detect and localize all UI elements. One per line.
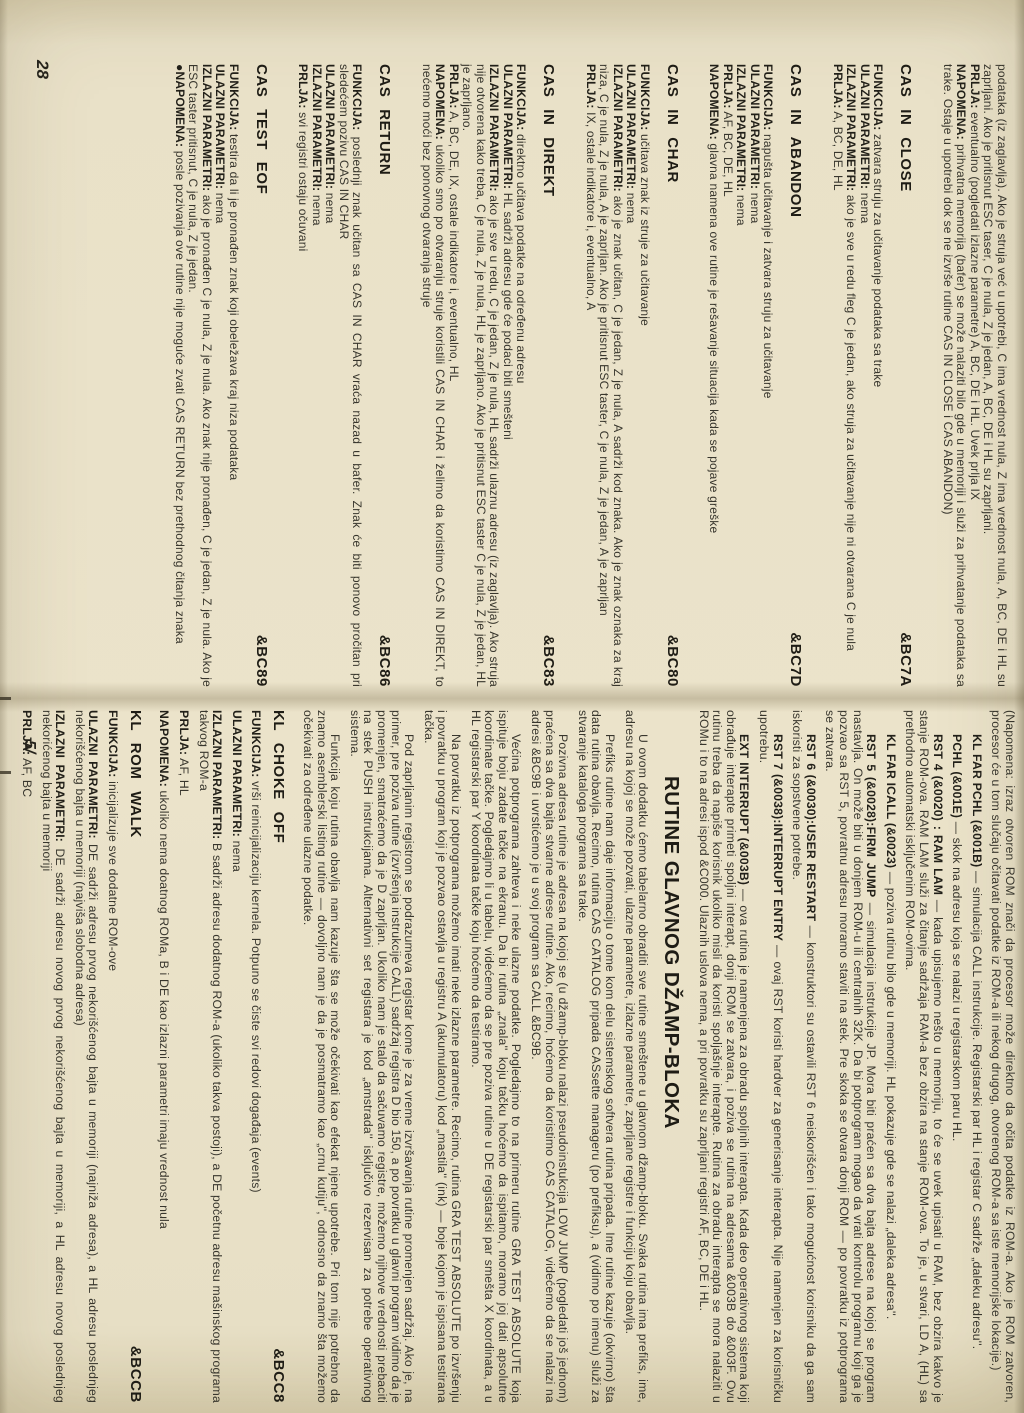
routine-entry: NAPOMENA: prihvatna memorija (bafer) se … xyxy=(941,64,968,687)
section-title: CAS RETURN xyxy=(377,64,394,175)
entry-label: IZLAZNI PARAMETRI: xyxy=(611,64,625,192)
routine-entry: IZLAZNI PARAMETRI: nema xyxy=(310,64,324,687)
routine-entry: PRLJA: A, BC, DE, IX, ostale indikatore … xyxy=(447,64,461,687)
entry-label: NAPOMENA: xyxy=(708,64,722,140)
entry-label: IZLAZNI PARAMETRI: xyxy=(200,64,214,191)
page-5-content: (Napomena: izraz otvoren ROM znači da pr… xyxy=(19,710,1016,1403)
paragraph: podataka (iz zaglavlja). Ako je struja v… xyxy=(981,64,1008,687)
routine-name: KL FAR PCHL (&001B) xyxy=(970,734,984,867)
routine-entry: PRLJA: A, BC, DE, HL xyxy=(831,64,845,687)
routine-entry: PRLJA: AF, BC, DE, HL xyxy=(721,64,735,687)
routine-entry: IZLAZNI PARAMETRI: B sadrži adresu dodat… xyxy=(196,710,223,1403)
entry-label: FUNKCIJA: xyxy=(762,64,776,130)
section-title: CAS IN DIREKT xyxy=(541,64,558,197)
entry-label: IZLAZNI PARAMETRI: xyxy=(210,710,224,839)
entry-label: ULAZNI PARAMETRI: xyxy=(230,710,244,837)
entry-label: IZLAZNI PARAMETRI: xyxy=(488,64,502,192)
entry-label: PRLJA: xyxy=(584,64,598,109)
entry-label: FUNKCIJA: xyxy=(515,64,529,130)
paragraph: KL FAR ICALL (&0023) — poziva rutinu bil… xyxy=(883,710,897,1403)
gutter-mark xyxy=(0,697,11,700)
routine-entry: ULAZNI PARAMETRI: DE sadrži adresu prvog… xyxy=(72,710,99,1403)
routine-entry: ULAZNI PARAMETRI: nema xyxy=(624,64,638,687)
entry-label: PRLJA: xyxy=(721,64,735,109)
routine-name: RST 4 (&0020) : RAM LAM xyxy=(931,734,945,895)
chapter-heading: RUTINE GLAVNOG DŽAMP-BLOKA xyxy=(659,776,683,1403)
paragraph: RST 6 (&0030):USER RESTART — konstruktor… xyxy=(790,710,817,1403)
section-heading: KL ROM WALK&BCCB xyxy=(127,710,144,1403)
routine-entry: PRLJA: eventualno (pogledati izlazne par… xyxy=(968,64,982,687)
routine-entry: ULAZNI PARAMETRI: nema xyxy=(213,64,227,687)
section-heading: CAS IN ABANDON&BC7D xyxy=(788,64,805,687)
routine-address: &BCC8 xyxy=(270,1348,287,1403)
routine-name: RST 7 (&0038):INTERRUPT ENTRY xyxy=(771,734,785,941)
routine-entry: IZLAZNI PARAMETRI: ako je pronađen C je … xyxy=(186,64,213,687)
entry-label: ULAZNI PARAMETRI: xyxy=(625,64,639,189)
entry-label: ULAZNI PARAMETRI: xyxy=(86,710,100,839)
section-heading: KL CHOKE OFF&BCC8 xyxy=(270,710,287,1403)
routine-entry: IZLAZNI PARAMETRI: nema xyxy=(734,64,748,687)
routine-entry: PRLJA: AF, HL xyxy=(177,710,191,1403)
routine-address: &BC86 xyxy=(377,635,394,687)
page-number-right: 5/ xyxy=(20,740,38,753)
routine-entry: IZLAZNI PARAMETRI: ako je sve u redu, C … xyxy=(460,64,501,687)
routine-entry: PRLJA: IX, ostale indikatore i, eventual… xyxy=(584,64,598,687)
paragraph: RST 7 (&0038):INTERRUPT ENTRY — ovaj RST… xyxy=(757,710,784,1403)
entry-label: ULAZNI PARAMETRI: xyxy=(501,64,515,189)
routine-entry: NAPOMENA: ukoliko smo po otvaranju struj… xyxy=(420,64,447,687)
scanned-document: podataka (iz zaglavlja). Ako je struja v… xyxy=(0,0,1024,1413)
paragraph: Većina potprograma zahteva i neke ulazne… xyxy=(468,710,522,1403)
entry-label: FUNKCIJA: xyxy=(106,710,120,777)
entry-label: PRLJA: xyxy=(177,710,191,755)
paragraph: Funkcija koju rutina obavlja nam kazuje … xyxy=(300,710,341,1403)
routine-address: &BC80 xyxy=(664,635,681,687)
entry-label: IZLAZNI PARAMETRI: xyxy=(735,64,749,191)
routine-name: EXT INTERRUPT (&003B) xyxy=(738,734,752,885)
entry-label: ULAZNI PARAMETRI: xyxy=(748,64,762,189)
routine-entry: PRLJA: svi registri ostaju očuvani xyxy=(296,64,310,687)
paragraph: KL FAR PCHL (&001B) — simulacija CALL in… xyxy=(969,710,983,1403)
entry-label: PRLJA: xyxy=(447,64,461,109)
paragraph: RST 5 (&0028):FIRM JUMP — simulacija ins… xyxy=(823,710,877,1403)
paragraph: (Napomena: izraz otvoren ROM znači da pr… xyxy=(989,710,1016,1403)
section-heading: CAS IN CHAR&BC80 xyxy=(664,64,681,687)
entry-label: FUNKCIJA: xyxy=(872,64,886,130)
section-heading: CAS RETURN&BC86 xyxy=(377,64,394,687)
entry-label: ULAZNI PARAMETRI: xyxy=(858,64,872,189)
routine-entry: FUNKCIJA: učitava znak iz struje za učit… xyxy=(638,64,652,687)
entry-label: PRLJA: xyxy=(968,64,982,109)
entry-label: ULAZNI PARAMETRI: xyxy=(214,64,228,189)
gutter-mark xyxy=(0,771,11,774)
entry-label: FUNKCIJA: xyxy=(249,710,263,777)
entry-label: NAPOMENA: xyxy=(158,710,172,787)
paragraph: Pod zaprljanim registrom se podrazumeva … xyxy=(347,710,415,1403)
page-gutter-shadow xyxy=(0,682,1024,712)
paragraph: Na povratku iz potprograma možemo imati … xyxy=(421,710,462,1403)
entry-label: IZLAZNI PARAMETRI: xyxy=(310,64,324,191)
routine-entry: ULAZNI PARAMETRI: nema xyxy=(858,64,872,687)
routine-entry: FUNKCIJA: direktno učitava podatke na od… xyxy=(514,64,528,687)
routine-entry: FUNKCIJA: napušta učitavanje i zatvara s… xyxy=(761,64,775,687)
routine-entry: ULAZNI PARAMETRI: nema xyxy=(748,64,762,687)
routine-entry: FUNKCIJA: inicijalizuje sve dodatne ROM-… xyxy=(105,710,119,1403)
section-title: KL ROM WALK xyxy=(127,710,144,838)
page-28-content: podataka (iz zaglavlja). Ako je struja v… xyxy=(173,64,1009,687)
routine-entry: NAPOMENA: ukoliko nema doatnog ROMa, B i… xyxy=(157,710,171,1403)
routine-entry: FUNKCIJA: testira da li je pronađen znak… xyxy=(227,64,241,687)
page-5: (Napomena: izraz otvoren ROM znači da pr… xyxy=(0,697,1024,1413)
paragraph: PCHL (&001E) — skok na adresu koja se na… xyxy=(950,710,964,1403)
routine-entry: PRLJA: AF, BC xyxy=(19,710,33,1403)
routine-entry: IZLAZNI PARAMETRI: DE sadrži adresu novo… xyxy=(39,710,66,1403)
entry-label: PRLJA: xyxy=(297,64,311,109)
routine-entry: ULAZNI PARAMETRI: HL sadrži adresu gde ć… xyxy=(501,64,515,687)
routine-entry: FUNKCIJA: poslednji znak učitan sa CAS I… xyxy=(337,64,364,687)
routine-name: RST 6 (&0030):USER RESTART xyxy=(804,734,818,921)
paragraph: Pozivna adresa rutine je adresa na kojoj… xyxy=(528,710,569,1403)
routine-entry: ULAZNI PARAMETRI: nema xyxy=(229,710,243,1403)
routine-name: KL FAR ICALL (&0023) xyxy=(884,734,898,868)
routine-entry: IZLAZNI PARAMETRI: ako je znak učitan, C… xyxy=(597,64,624,687)
routine-name: RST 5 (&0028):FIRM JUMP xyxy=(864,734,878,897)
routine-address: &BC83 xyxy=(541,635,558,687)
routine-address: &BC89 xyxy=(253,635,270,687)
page-28: podataka (iz zaglavlja). Ako je struja v… xyxy=(0,0,1024,697)
routine-entry: ●NAPOMENA: posle pozivanja ove rutine ni… xyxy=(173,64,187,687)
section-title: CAS IN CHAR xyxy=(664,64,681,183)
routine-entry: NAPOMENA: glavna namena ove rutine je re… xyxy=(707,64,721,687)
section-heading: CAS TEST EOF&BC89 xyxy=(253,64,270,687)
entry-label: FUNKCIJA: xyxy=(351,64,365,130)
section-title: CAS IN ABANDON xyxy=(788,64,805,218)
paragraph: EXT INTERRUPT (&003B) — ova rutina je na… xyxy=(696,710,750,1403)
routine-entry: ULAZNI PARAMETRI: nema xyxy=(323,64,337,687)
entry-label: IZLAZNI PARAMETRI: xyxy=(53,710,67,842)
section-heading: CAS IN CLOSE&BC7A xyxy=(898,64,915,687)
book-spread: podataka (iz zaglavlja). Ako je struja v… xyxy=(0,0,1024,1413)
routine-entry: IZLAZNI PARAMETRI: ako je sve u redu fle… xyxy=(844,64,858,687)
paragraph: U ovom dodatku ćemo tabelarno obraditi s… xyxy=(622,710,649,1403)
paragraph: Prefiks rutine nam daje informaciju o to… xyxy=(575,710,616,1403)
routine-address: &BCCB xyxy=(127,1346,144,1403)
routine-name: PCHL (&001E) xyxy=(950,734,964,818)
section-title: CAS TEST EOF xyxy=(253,64,270,194)
routine-address: &BC7D xyxy=(788,632,805,687)
entry-label: ●NAPOMENA: xyxy=(173,64,187,147)
entry-label: FUNKCIJA: xyxy=(227,64,241,130)
routine-address: &BC7A xyxy=(898,632,915,687)
entry-label: NAPOMENA: xyxy=(434,64,448,140)
routine-entry: FUNKCIJA: zatvara struju za učitavanje p… xyxy=(871,64,885,687)
entry-label: NAPOMENA: xyxy=(955,64,969,140)
entry-label: IZLAZNI PARAMETRI: xyxy=(845,64,859,191)
page-number-left: 28 xyxy=(32,60,52,79)
entry-label: ULAZNI PARAMETRI: xyxy=(324,64,338,189)
entry-label: FUNKCIJA: xyxy=(638,64,652,130)
section-title: CAS IN CLOSE xyxy=(898,64,915,192)
entry-label: PRLJA: xyxy=(831,64,845,109)
routine-entry: FUNKCIJA: vrši reinicijalizaciju kernela… xyxy=(249,710,263,1403)
section-title: KL CHOKE OFF xyxy=(270,710,287,843)
section-heading: CAS IN DIREKT&BC83 xyxy=(541,64,558,687)
paragraph: RST 4 (&0020) : RAM LAM — kada upisujemo… xyxy=(903,710,944,1403)
